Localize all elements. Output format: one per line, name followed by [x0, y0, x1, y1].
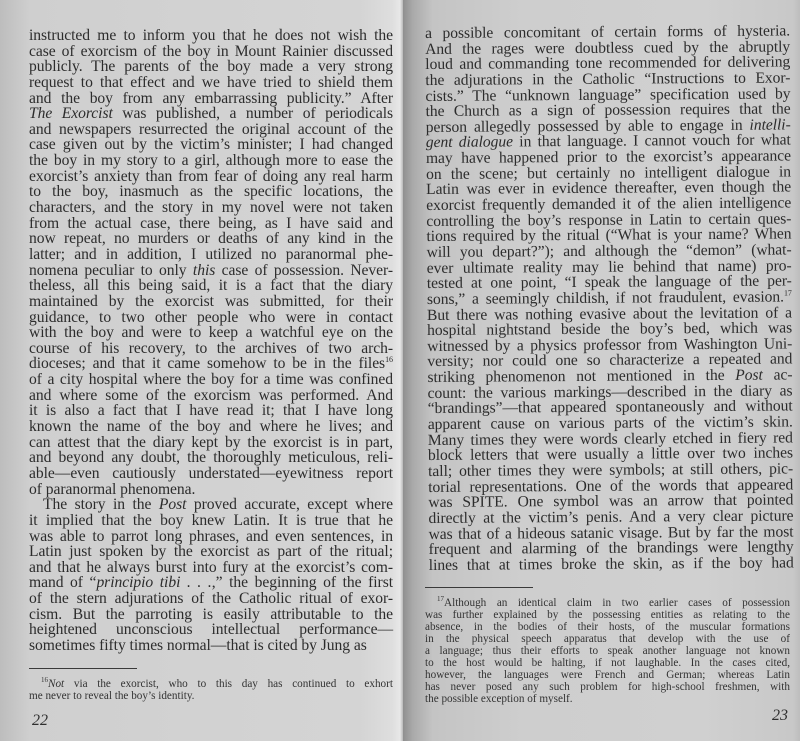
text-line: request to that effect and we have tried…: [29, 75, 393, 91]
text-line: instructed me to inform you that he does…: [29, 28, 393, 44]
right-page-body-text: a possible concomitant of certain forms …: [425, 23, 794, 573]
text-line: can attest that the diary kept by the ex…: [29, 435, 393, 451]
text-line: sometimes fifty times normal—that is cit…: [29, 638, 393, 654]
book-spread: instructed me to inform you that he does…: [0, 0, 800, 741]
text-line: and where some of the exorcism was perfo…: [29, 388, 393, 404]
text-line: and that he always burst into fury at th…: [29, 560, 393, 576]
text-line: and beyond any doubt, the thoroughly met…: [29, 450, 393, 466]
text-line: to the boy, inasmuch as the specific loc…: [29, 184, 393, 200]
text-line: was able to parrot long phrases, and eve…: [29, 529, 393, 545]
footnote-marker: 16: [41, 676, 48, 684]
text-line: the boy in my story to a girl, although …: [29, 153, 393, 169]
text-line: cism. But the parroting is easily attrib…: [29, 607, 393, 623]
text-line: with the boy and were to keep a watchful…: [29, 325, 393, 341]
text-line: guidance, to two other people who were i…: [29, 310, 393, 326]
text-line: case of exorcism of the boy in Mount Rai…: [29, 44, 393, 60]
footnote-line: absence, in the bodies of their hosts, o…: [425, 621, 790, 633]
left-page: instructed me to inform you that he does…: [0, 0, 403, 741]
text-line: heightened unconscious intellectual perf…: [29, 622, 393, 638]
text-line: characters, and the story in my novel we…: [29, 200, 393, 216]
left-page-footnote: 16Not via the exorcist, who to this day …: [29, 678, 393, 702]
text-line: exorcist’s anxiety than from fear of doi…: [29, 169, 393, 185]
text-line: dioceses; and that it came somehow to be…: [29, 356, 393, 372]
footnote-marker: 16: [385, 355, 393, 364]
text-line: maintained by the exorcist was submitted…: [29, 294, 393, 310]
text-line: case given out by the victim’s minister;…: [29, 137, 393, 153]
text-line: mand of “principio tibi . . .,” the begi…: [29, 575, 393, 591]
text-line: The story in the Post proved accurate, e…: [29, 497, 393, 513]
footnote-line: me never to reveal the boy’s identity.: [29, 690, 393, 702]
text-line: nomena peculiar to only this case of pos…: [29, 263, 393, 279]
text-line: of paranormal phenomena.: [29, 482, 393, 498]
text-line: it is also a fact that I have read it; t…: [29, 403, 393, 419]
footnote-line: in the physical speech apparatus that de…: [425, 633, 790, 645]
footnote-line: the possible exception of myself.: [425, 693, 790, 705]
footnote-marker: 17: [784, 288, 792, 297]
footnote-rule: [425, 587, 533, 588]
footnote-line: was further explained by the possessing …: [425, 609, 790, 621]
text-line: and the boy from any embarrassing public…: [29, 91, 393, 107]
text-line: of the stern adjurations of the Catholic…: [29, 591, 393, 607]
text-line: known the name of the boy and where he l…: [29, 419, 393, 435]
text-line: of a city hospital where the boy for a t…: [29, 372, 393, 388]
text-line: from the actual case, there being, as I …: [29, 216, 393, 232]
footnote-line: 17Although an identical claim in two ear…: [425, 597, 790, 609]
text-line: course of his recovery, to the archives …: [29, 341, 393, 357]
footnote-line: has never posed any such problem for hig…: [425, 681, 790, 693]
footnote-line: however, the languages were French and G…: [425, 669, 790, 681]
text-line: able—even cautiously understated—eyewitn…: [29, 466, 393, 482]
text-line: it implied that the boy knew Latin. It i…: [29, 513, 393, 529]
text-line: The Exorcist was published, a number of …: [29, 106, 393, 122]
right-page: a possible concomitant of certain forms …: [403, 0, 800, 741]
right-page-footnote: 17Although an identical claim in two ear…: [425, 597, 790, 705]
text-line: now repeat, no murders or deaths of any …: [29, 231, 393, 247]
text-line: theless, all this being said, it is a fa…: [29, 278, 393, 294]
footnote-line: 16Not via the exorcist, who to this day …: [29, 678, 393, 690]
footnote-marker: 17: [437, 595, 444, 603]
page-number-right: 23: [772, 707, 788, 725]
text-line: and newspapers resurrected the original …: [29, 122, 393, 138]
text-line: publicly. The parents of the boy made a …: [29, 59, 393, 75]
page-number-left: 22: [32, 712, 48, 730]
footnote-rule: [29, 668, 137, 669]
footnote-line: to the host would be halting, if not lau…: [425, 657, 790, 669]
left-page-body-text: instructed me to inform you that he does…: [29, 28, 393, 654]
text-line: latter; and in addition, I utilized no p…: [29, 247, 393, 263]
text-line: lines that at times broke the skin, as i…: [429, 555, 794, 573]
text-line: Latin just spoken by the exorcist as par…: [29, 544, 393, 560]
footnote-line: a language; thus their efforts to speak …: [425, 645, 790, 657]
